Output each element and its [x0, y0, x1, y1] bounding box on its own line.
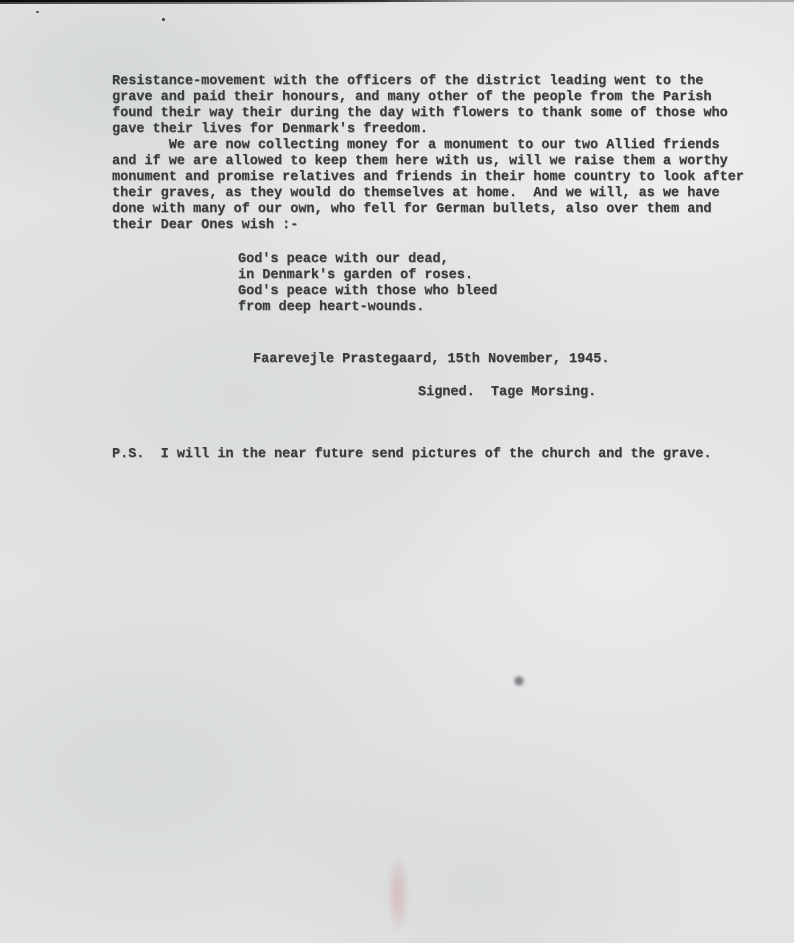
text-line: gave their lives for Denmark's freedom.	[112, 122, 744, 138]
poem-line: God's peace with our dead,	[238, 252, 497, 268]
ink-speck	[36, 11, 39, 13]
pink-stain	[388, 858, 408, 930]
text-line: their Dear Ones wish :-	[112, 218, 744, 234]
text-line: We are now collecting money for a monume…	[112, 138, 744, 154]
poem-line: God's peace with those who bleed	[238, 284, 497, 300]
postscript: P.S. I will in the near future send pict…	[112, 447, 712, 463]
ink-speck	[162, 18, 165, 21]
poem-line: from deep heart-wounds.	[238, 300, 497, 316]
dateline: Faarevejle Prastegaard, 15th November, 1…	[253, 352, 609, 368]
text-line: done with many of our own, who fell for …	[112, 202, 744, 218]
text-line: monument and promise relatives and frien…	[112, 170, 744, 186]
text-line: and if we are allowed to keep them here …	[112, 154, 744, 170]
text-line: their graves, as they would do themselve…	[112, 186, 744, 202]
poem-line: in Denmark's garden of roses.	[238, 268, 497, 284]
text-line: found their way their during the day wit…	[112, 106, 744, 122]
paper-smudge	[513, 675, 525, 687]
poem: God's peace with our dead, in Denmark's …	[238, 252, 497, 316]
text-line: grave and paid their honours, and many o…	[112, 90, 744, 106]
signature-line: Signed. Tage Morsing.	[418, 385, 596, 401]
text-line: Resistance-movement with the officers of…	[112, 74, 744, 90]
scanned-letter-page: Resistance-movement with the officers of…	[0, 0, 794, 943]
letter-body: Resistance-movement with the officers of…	[112, 74, 744, 234]
scan-edge-artifact	[0, 0, 794, 2]
